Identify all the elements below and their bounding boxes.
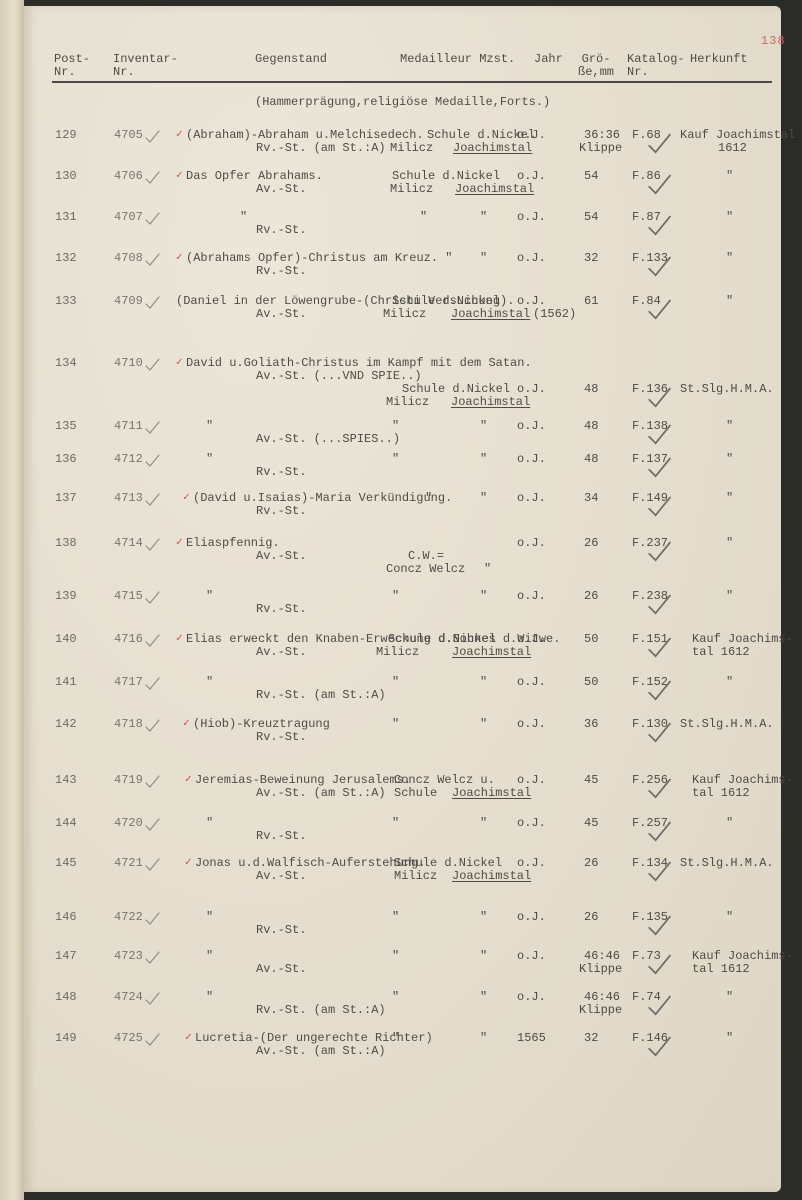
- inventory-check-icon: [144, 992, 160, 1006]
- year: o.J.: [517, 170, 546, 183]
- mint-place: Joachimstal: [453, 142, 532, 155]
- item-description: Jonas u.d.Walfisch-Auferstehung.: [195, 857, 425, 870]
- year: o.J.: [517, 817, 546, 830]
- catalog-check-icon: [646, 424, 672, 446]
- red-check-mark-icon: ✓: [176, 252, 183, 265]
- inventory-number: 4718: [114, 718, 143, 731]
- die-side: Rv.-St. (am St.:A): [256, 1004, 386, 1017]
- die-side: Rv.-St.: [256, 731, 306, 744]
- item-description: ": [206, 590, 213, 603]
- die-side: Rv.-St.: [256, 924, 306, 937]
- header-herkunft: Herkunft: [690, 53, 748, 66]
- provenance-line2: tal 1612: [692, 787, 750, 800]
- post-number: 129: [55, 129, 77, 142]
- post-number: 143: [55, 774, 77, 787]
- post-number: 135: [55, 420, 77, 433]
- header-groesse: Grö- ße,mm: [578, 53, 614, 79]
- post-number: 146: [55, 911, 77, 924]
- red-check-mark-icon: ✓: [176, 357, 183, 370]
- provenance: ": [726, 911, 733, 924]
- inventory-number: 4715: [114, 590, 143, 603]
- medailleur-ditto: ": [392, 911, 399, 924]
- section-title: (Hammerprägung,religiöse Medaille,Forts.…: [255, 95, 550, 109]
- medailleur-ditto: ": [392, 1032, 399, 1045]
- inventory-check-icon: [144, 130, 160, 144]
- medailleur-line2: Milicz: [386, 396, 429, 409]
- post-number: 147: [55, 950, 77, 963]
- medailleur-ditto: ": [392, 590, 399, 603]
- size-mm: 32: [584, 1032, 598, 1045]
- catalog-check-icon: [646, 1036, 672, 1058]
- item-description: (David u.Isaias)-Maria Verkündigung.: [193, 492, 452, 505]
- die-side: Rv.-St.: [256, 224, 306, 237]
- item-description: ": [206, 950, 213, 963]
- red-check-mark-icon: ✓: [176, 129, 183, 142]
- item-description: ": [206, 420, 213, 433]
- inventory-number: 4719: [114, 774, 143, 787]
- inventory-check-icon: [144, 1033, 160, 1047]
- medailleur-ditto: ": [420, 211, 427, 224]
- mint-ditto: ": [480, 991, 487, 1004]
- catalog-check-icon: [646, 915, 672, 937]
- die-side: Av.-St. (...VND SPIE..): [256, 370, 422, 383]
- header-gegenstand: Gegenstand: [255, 53, 327, 66]
- provenance: St.Slg.H.M.A.: [680, 383, 774, 396]
- catalog-check-icon: [646, 496, 672, 518]
- red-check-mark-icon: ✓: [185, 1032, 192, 1045]
- inventory-check-icon: [144, 912, 160, 926]
- medailleur-ditto: ": [392, 817, 399, 830]
- catalog-check-icon: [646, 861, 672, 883]
- catalog-check-icon: [646, 299, 672, 321]
- inventory-number: 4711: [114, 420, 143, 433]
- red-check-mark-icon: ✓: [185, 774, 192, 787]
- year: 1565: [517, 1032, 546, 1045]
- provenance: ": [726, 170, 733, 183]
- year: o.J.: [517, 492, 546, 505]
- catalog-check-icon: [646, 722, 672, 744]
- year: o.J.: [517, 950, 546, 963]
- die-side: Rv.-St.: [256, 603, 306, 616]
- medailleur-line2: Concz Welcz: [386, 563, 465, 576]
- catalog-check-icon: [646, 174, 672, 196]
- provenance: ": [726, 211, 733, 224]
- inventory-number: 4708: [114, 252, 143, 265]
- size-shape: Klippe: [579, 963, 622, 976]
- red-check-mark-icon: ✓: [183, 718, 190, 731]
- post-number: 142: [55, 718, 77, 731]
- size-mm: 50: [584, 676, 598, 689]
- red-check-mark-icon: ✓: [185, 857, 192, 870]
- inventory-check-icon: [144, 171, 160, 185]
- provenance: ": [726, 453, 733, 466]
- year: o.J.: [517, 774, 546, 787]
- item-description: ": [206, 676, 213, 689]
- mint-ditto: ": [480, 950, 487, 963]
- post-number: 139: [55, 590, 77, 603]
- mint-ditto: ": [480, 453, 487, 466]
- inventory-check-icon: [144, 421, 160, 435]
- catalog-check-icon: [646, 457, 672, 479]
- year: o.J.: [517, 383, 546, 396]
- inventory-number: 4724: [114, 991, 143, 1004]
- inventory-number: 4720: [114, 817, 143, 830]
- post-number: 138: [55, 537, 77, 550]
- provenance-line2: 1612: [718, 142, 747, 155]
- provenance: ": [726, 295, 733, 308]
- inventory-number: 4707: [114, 211, 143, 224]
- size-mm: 26: [584, 537, 598, 550]
- mint-ditto: ": [480, 817, 487, 830]
- provenance: ": [726, 1032, 733, 1045]
- post-number: 145: [55, 857, 77, 870]
- size-mm: 32: [584, 252, 598, 265]
- post-number: 144: [55, 817, 77, 830]
- size-mm: 61: [584, 295, 598, 308]
- year: o.J.: [517, 453, 546, 466]
- post-number: 136: [55, 453, 77, 466]
- post-number: 134: [55, 357, 77, 370]
- die-side: Av.-St.: [256, 870, 306, 883]
- inventory-check-icon: [144, 296, 160, 310]
- year: o.J.: [517, 857, 546, 870]
- size-mm: 26: [584, 911, 598, 924]
- inventory-check-icon: [144, 775, 160, 789]
- medailleur-ditto: ": [392, 420, 399, 433]
- header-jahr: Jahr: [534, 53, 563, 66]
- left-page-edge: [0, 0, 24, 1200]
- inventory-check-icon: [144, 253, 160, 267]
- red-check-mark-icon: ✓: [176, 633, 183, 646]
- inventory-check-icon: [144, 719, 160, 733]
- item-description: ": [206, 991, 213, 1004]
- post-number: 131: [55, 211, 77, 224]
- mint-ditto: ": [480, 252, 487, 265]
- medailleur-ditto: ": [392, 676, 399, 689]
- size-mm: 45: [584, 817, 598, 830]
- catalog-check-icon: [646, 954, 672, 976]
- inventory-number: 4706: [114, 170, 143, 183]
- die-side: Av.-St. (am St.:A): [256, 787, 386, 800]
- inventory-number: 4717: [114, 676, 143, 689]
- year: o.J.: [517, 211, 546, 224]
- die-side: Rv.-St.: [256, 265, 306, 278]
- inventory-check-icon: [144, 454, 160, 468]
- medailleur-line2: Milicz: [394, 870, 437, 883]
- mint-place: Joachimstal: [452, 787, 531, 800]
- die-side: Rv.-St. (am St.:A): [256, 142, 386, 155]
- inventory-number: 4713: [114, 492, 143, 505]
- provenance: ": [726, 991, 733, 1004]
- year: o.J.: [517, 537, 546, 550]
- inventory-number: 4714: [114, 537, 143, 550]
- size-mm: 54: [584, 211, 598, 224]
- inventory-check-icon: [144, 677, 160, 691]
- mint-place: Joachimstal: [451, 308, 530, 321]
- die-side: Rv.-St.: [256, 466, 306, 479]
- post-number: 141: [55, 676, 77, 689]
- catalog-check-icon: [646, 680, 672, 702]
- year: o.J.: [517, 718, 546, 731]
- catalog-check-icon: [646, 215, 672, 237]
- die-side: Av.-St.: [256, 550, 306, 563]
- medailleur-ditto: ": [392, 950, 399, 963]
- inventory-number: 4725: [114, 1032, 143, 1045]
- size-mm: 50: [584, 633, 598, 646]
- die-side: Av.-St.: [256, 183, 306, 196]
- year: o.J.: [517, 676, 546, 689]
- header-rule: [52, 81, 772, 83]
- post-number: 130: [55, 170, 77, 183]
- item-description: ": [206, 911, 213, 924]
- die-side: Rv.-St. (am St.:A): [256, 689, 386, 702]
- item-description: ": [206, 817, 213, 830]
- post-number: 149: [55, 1032, 77, 1045]
- catalog-check-icon: [646, 541, 672, 563]
- mint-place: Joachimstal: [452, 646, 531, 659]
- medailleur-ditto: ": [425, 492, 432, 505]
- provenance: ": [726, 817, 733, 830]
- mint-ditto: ": [480, 492, 487, 505]
- inventory-check-icon: [144, 858, 160, 872]
- inventory-check-icon: [144, 358, 160, 372]
- inventory-number: 4712: [114, 453, 143, 466]
- inventory-check-icon: [144, 212, 160, 226]
- mint-ditto: ": [484, 563, 491, 576]
- year: o.J.: [517, 911, 546, 924]
- post-number: 137: [55, 492, 77, 505]
- die-side: Av.-St.: [256, 308, 306, 321]
- medailleur-line2: Schule: [394, 787, 437, 800]
- inventory-number: 4716: [114, 633, 143, 646]
- year: o.J.: [517, 590, 546, 603]
- item-description: (Abrahams Opfer)-Christus am Kreuz. ": [186, 252, 452, 265]
- inventory-number: 4723: [114, 950, 143, 963]
- inventory-check-icon: [144, 818, 160, 832]
- year: o.J.: [517, 252, 546, 265]
- provenance: St.Slg.H.M.A.: [680, 857, 774, 870]
- medailleur-line2: Milicz: [390, 183, 433, 196]
- provenance: ": [726, 590, 733, 603]
- catalog-check-icon: [646, 637, 672, 659]
- medailleur-ditto: ": [392, 453, 399, 466]
- mint-place: Joachimstal: [455, 183, 534, 196]
- item-description: ": [206, 453, 213, 466]
- die-side: Rv.-St.: [256, 505, 306, 518]
- mint-ditto: ": [480, 911, 487, 924]
- medailleur-ditto: ": [392, 991, 399, 1004]
- inventory-number: 4721: [114, 857, 143, 870]
- inventory-check-icon: [144, 538, 160, 552]
- provenance: ": [726, 252, 733, 265]
- inventory-number: 4722: [114, 911, 143, 924]
- provenance: ": [726, 420, 733, 433]
- mint-place: Joachimstal: [451, 396, 530, 409]
- header-katalog-nr: Katalog- Nr.: [627, 53, 685, 79]
- inventory-check-icon: [144, 951, 160, 965]
- medailleur-ditto: ": [392, 718, 399, 731]
- mint-ditto: ": [480, 420, 487, 433]
- die-side: Av.-St. (...SPIES..): [256, 433, 400, 446]
- size-mm: 36: [584, 718, 598, 731]
- inventory-number: 4709: [114, 295, 143, 308]
- catalog-check-icon: [646, 387, 672, 409]
- mint-ditto: ": [480, 211, 487, 224]
- header-inventar-nr: Inventar- Nr.: [113, 53, 178, 79]
- catalog-check-icon: [646, 778, 672, 800]
- post-number: 148: [55, 991, 77, 1004]
- mint-place: Joachimstal: [452, 870, 531, 883]
- mint-ditto: ": [480, 590, 487, 603]
- year-alt: (1562): [533, 308, 576, 321]
- catalog-check-icon: [646, 594, 672, 616]
- die-side: Av.-St.: [256, 963, 306, 976]
- year: o.J.: [517, 991, 546, 1004]
- provenance-line2: tal 1612: [692, 963, 750, 976]
- size-mm: 48: [584, 383, 598, 396]
- mint-ditto: ": [480, 1032, 487, 1045]
- catalog-check-icon: [646, 256, 672, 278]
- size-mm: 26: [584, 857, 598, 870]
- size-mm: 54: [584, 170, 598, 183]
- catalog-check-icon: [646, 995, 672, 1017]
- size-shape: Klippe: [579, 1004, 622, 1017]
- provenance: ": [726, 676, 733, 689]
- inventory-check-icon: [144, 591, 160, 605]
- red-check-mark-icon: ✓: [176, 537, 183, 550]
- provenance: ": [726, 537, 733, 550]
- inventory-check-icon: [144, 634, 160, 648]
- item-description: ": [240, 211, 247, 224]
- provenance: ": [726, 492, 733, 505]
- red-check-mark-icon: ✓: [176, 170, 183, 183]
- size-mm: 48: [584, 453, 598, 466]
- header-medailleur: Medailleur Mzst.: [400, 53, 515, 66]
- year: o.J.: [517, 420, 546, 433]
- post-number: 133: [55, 295, 77, 308]
- size-mm: 48: [584, 420, 598, 433]
- page-number: 138: [761, 34, 786, 48]
- mint-ditto: ": [480, 718, 487, 731]
- medailleur-line2: Milicz: [390, 142, 433, 155]
- catalog-check-icon: [646, 133, 672, 155]
- year: o.J.: [517, 633, 546, 646]
- size-mm: 45: [584, 774, 598, 787]
- inventory-number: 4705: [114, 129, 143, 142]
- die-side: Rv.-St.: [256, 830, 306, 843]
- size-shape: Klippe: [579, 142, 622, 155]
- red-check-mark-icon: ✓: [183, 492, 190, 505]
- provenance-line2: tal 1612: [692, 646, 750, 659]
- provenance: St.Slg.H.M.A.: [680, 718, 774, 731]
- die-side: Av.-St. (am St.:A): [256, 1045, 386, 1058]
- inventory-check-icon: [144, 493, 160, 507]
- medailleur-line2: Milicz: [376, 646, 419, 659]
- header-post-nr: Post- Nr.: [54, 53, 90, 79]
- inventory-number: 4710: [114, 357, 143, 370]
- size-mm: 34: [584, 492, 598, 505]
- catalog-check-icon: [646, 821, 672, 843]
- post-number: 140: [55, 633, 77, 646]
- mint-ditto: ": [480, 676, 487, 689]
- size-mm: 26: [584, 590, 598, 603]
- die-side: Av.-St.: [256, 646, 306, 659]
- medailleur-line2: Milicz: [383, 308, 426, 321]
- post-number: 132: [55, 252, 77, 265]
- year: o.J.: [517, 129, 546, 142]
